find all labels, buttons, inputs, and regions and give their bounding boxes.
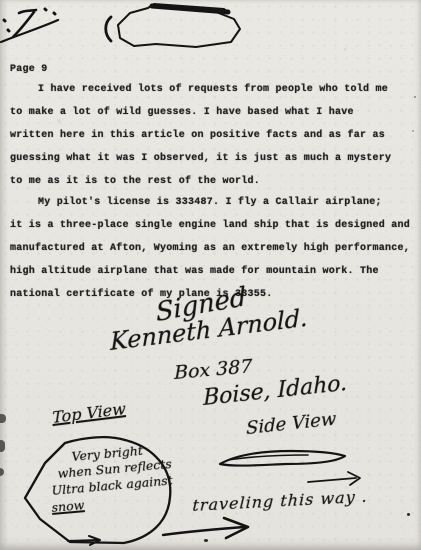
handwritten-address-box: Box 387 — [174, 355, 253, 384]
scan-speck — [412, 130, 414, 132]
scan-speck — [204, 539, 208, 542]
scan-edge-smudge — [0, 414, 6, 423]
scan-speck — [414, 96, 416, 98]
typed-line: written here in this article on positive… — [10, 130, 385, 141]
shape-note-line: snow — [51, 497, 85, 515]
typed-line: high altitude airplane that was made for… — [10, 266, 379, 277]
side-view-label: Side View — [246, 409, 336, 440]
page-number-label: Page 9 — [10, 64, 48, 75]
typed-line: I have received lots of requests from pe… — [38, 84, 388, 95]
pen-tick-mark-icon — [0, 4, 70, 48]
direction-note: traveling this way . — [192, 487, 368, 515]
scan-edge-smudge — [0, 440, 5, 452]
typed-line: to me as it is to the rest of the world. — [10, 176, 260, 187]
scanned-letter-page: Page 9 I have received lots of requests … — [0, 0, 421, 550]
arrow-right-large-icon — [160, 516, 264, 546]
typed-line: guessing what it was I observed, it is j… — [10, 153, 391, 164]
top-view-label: Top View — [52, 399, 126, 427]
typed-line: to make a lot of wild guesses. I have ba… — [10, 107, 354, 118]
typed-line: manufactured at Afton, Wyoming as an ext… — [10, 243, 410, 254]
scan-speck — [407, 513, 410, 516]
typed-line: My pilot's license is 333487. I fly a Ca… — [38, 197, 382, 208]
typed-line: it is a three-place single engine land s… — [10, 220, 410, 231]
redaction-scribble-icon — [96, 0, 246, 56]
scan-edge-smudge — [0, 468, 4, 476]
